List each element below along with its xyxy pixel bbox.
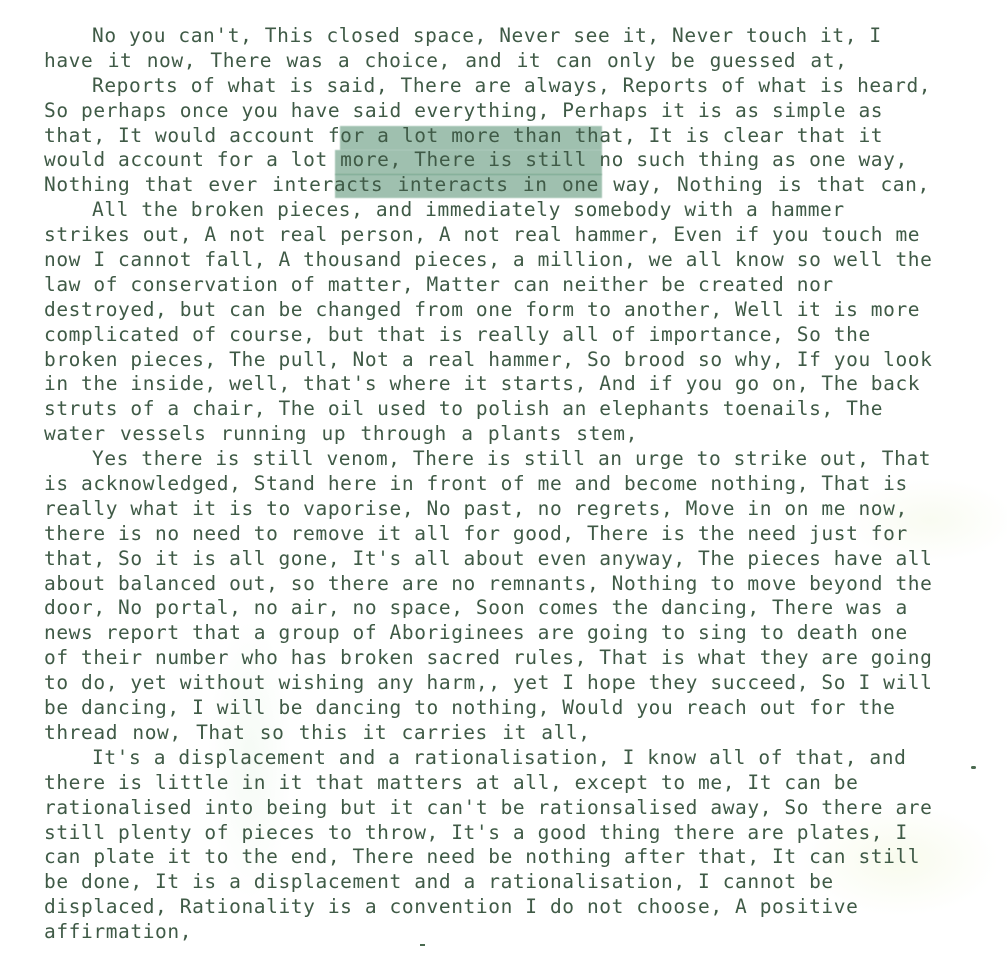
text-line: displaced, Rationality is a convention I… <box>44 895 956 920</box>
ink-speck <box>971 766 976 769</box>
text-line: of their number who has broken sacred ru… <box>44 646 956 671</box>
text-line: there is little in it that matters at al… <box>44 771 956 796</box>
text-line: It's a displacement and a rationalisatio… <box>44 746 956 771</box>
text-line: door, No portal, no air, no space, Soon … <box>44 596 956 621</box>
text-line: be done, It is a displacement and a rati… <box>44 870 956 895</box>
text-line: Yes there is still venom, There is still… <box>44 447 956 472</box>
text-line: to do, yet without wishing any harm,, ye… <box>44 671 956 696</box>
text-line: that, So it is all gone, It's all about … <box>44 547 956 572</box>
text-line: affirmation, <box>44 920 956 945</box>
text-line: broken pieces, The pull, Not a real hamm… <box>44 348 956 373</box>
text-line: can plate it to the end, There need be n… <box>44 845 956 870</box>
text-line: about balanced out, so there are no remn… <box>44 572 956 597</box>
text-line: thread now, That so this it carries it a… <box>44 721 956 746</box>
text-line: really what it is to vaporise, No past, … <box>44 497 956 522</box>
text-line: be dancing, I will be dancing to nothing… <box>44 696 956 721</box>
text-line: Reports of what is said, There are alway… <box>44 74 956 99</box>
text-line: still plenty of pieces to throw, It's a … <box>44 821 956 846</box>
text-line: that, It would account for a lot more th… <box>44 124 956 149</box>
text-line: law of conservation of matter, Matter ca… <box>44 273 956 298</box>
document-body: No you can't, This closed space, Never s… <box>44 24 956 945</box>
text-line: destroyed, but can be changed from one f… <box>44 298 956 323</box>
text-line: there is no need to remove it all for go… <box>44 522 956 547</box>
text-line: is acknowledged, Stand here in front of … <box>44 472 956 497</box>
text-line: All the broken pieces, and immediately s… <box>44 198 956 223</box>
text-line: news report that a group of Aboriginees … <box>44 621 956 646</box>
text-line: rationalised into being but it can't be … <box>44 796 956 821</box>
scanned-page: No you can't, This closed space, Never s… <box>0 0 1007 971</box>
text-line: No you can't, This closed space, Never s… <box>44 24 956 49</box>
text-line: strikes out, A not real person, A not re… <box>44 223 956 248</box>
text-line: would account for a lot more, There is s… <box>44 148 956 173</box>
text-line: struts of a chair, The oil used to polis… <box>44 397 956 422</box>
text-line: now I cannot fall, A thousand pieces, a … <box>44 248 956 273</box>
text-line: in the inside, well, that's where it sta… <box>44 372 956 397</box>
text-line: So perhaps once you have said everything… <box>44 99 956 124</box>
ink-speck <box>420 944 425 946</box>
text-line: water vessels running up through a plant… <box>44 422 956 447</box>
text-line: Nothing that ever interacts interacts in… <box>44 173 956 198</box>
text-line: have it now, There was a choice, and it … <box>44 49 956 74</box>
text-line: complicated of course, but that is reall… <box>44 323 956 348</box>
